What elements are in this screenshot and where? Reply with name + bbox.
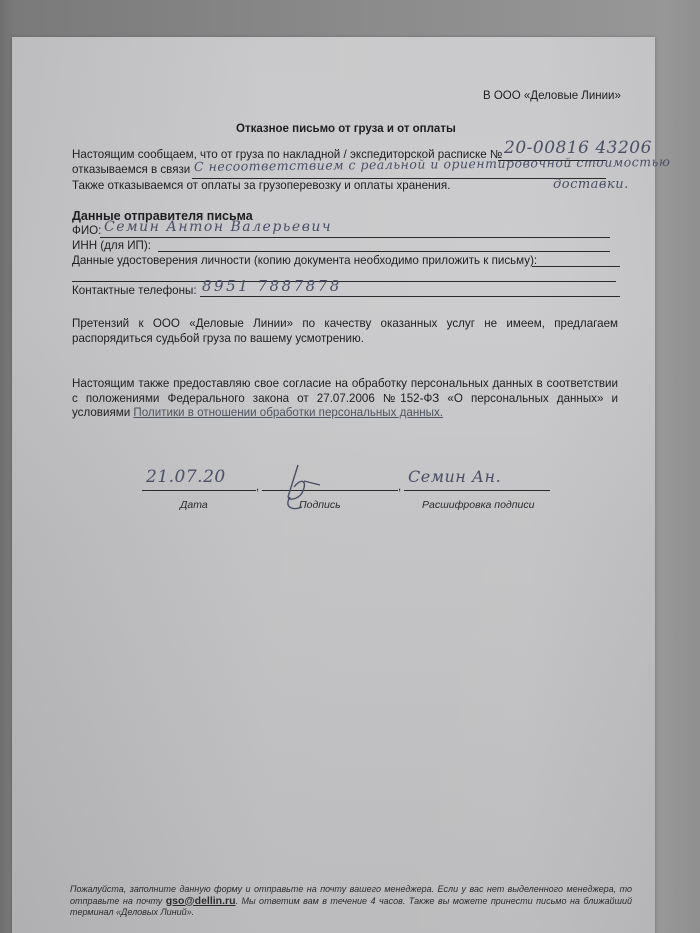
phone-label: Контактные телефоны: [72, 284, 197, 298]
decoding-underline [404, 490, 550, 491]
date-underline [142, 490, 256, 491]
paper-sheet: В ООО «Деловые Линии» Отказное письмо от… [12, 37, 655, 933]
document-title: Отказное письмо от груза и от оплаты [236, 122, 456, 136]
id-underline-2 [72, 281, 616, 282]
inn-underline [158, 251, 610, 252]
fio-label: ФИО: [72, 224, 101, 238]
phone-underline [200, 296, 620, 297]
phone-handwritten: 8951 7887878 [202, 277, 342, 295]
separator-2: , [398, 480, 401, 494]
id-label: Данные удостоверения личности (копию док… [72, 254, 537, 268]
addressee: В ООО «Деловые Линии» [483, 89, 621, 103]
signature-caption: Подпись [299, 499, 341, 511]
intro-line-2: отказываемся в связи [72, 163, 190, 177]
claims-paragraph: Претензий к ООО «Деловые Линии» по качес… [72, 317, 618, 346]
intro-line-3: Также отказываемся от оплаты за грузопер… [72, 179, 450, 193]
separator-1: , [256, 480, 259, 494]
id-underline-1 [532, 266, 620, 267]
inn-label: ИНН (для ИП): [72, 239, 151, 253]
date-caption: Дата [180, 499, 208, 511]
consent-paragraph: Настоящим также предоставляю свое соглас… [72, 377, 618, 421]
decoding-caption: Расшифровка подписи [422, 499, 534, 511]
reason-handwritten-continued: доставки. [553, 177, 629, 192]
fio-underline [100, 237, 610, 238]
privacy-policy-link[interactable]: Политики в отношении обработки персональ… [133, 406, 443, 419]
footer-note: Пожалуйста, заполните данную форму и отп… [70, 884, 632, 919]
fio-handwritten: Семин Антон Валерьевич [104, 219, 332, 235]
footer-email-link[interactable]: gso@dellin.ru [166, 895, 236, 907]
date-handwritten: 21.07.20 [146, 467, 226, 487]
decoding-handwritten: Семин Ан. [408, 467, 501, 486]
